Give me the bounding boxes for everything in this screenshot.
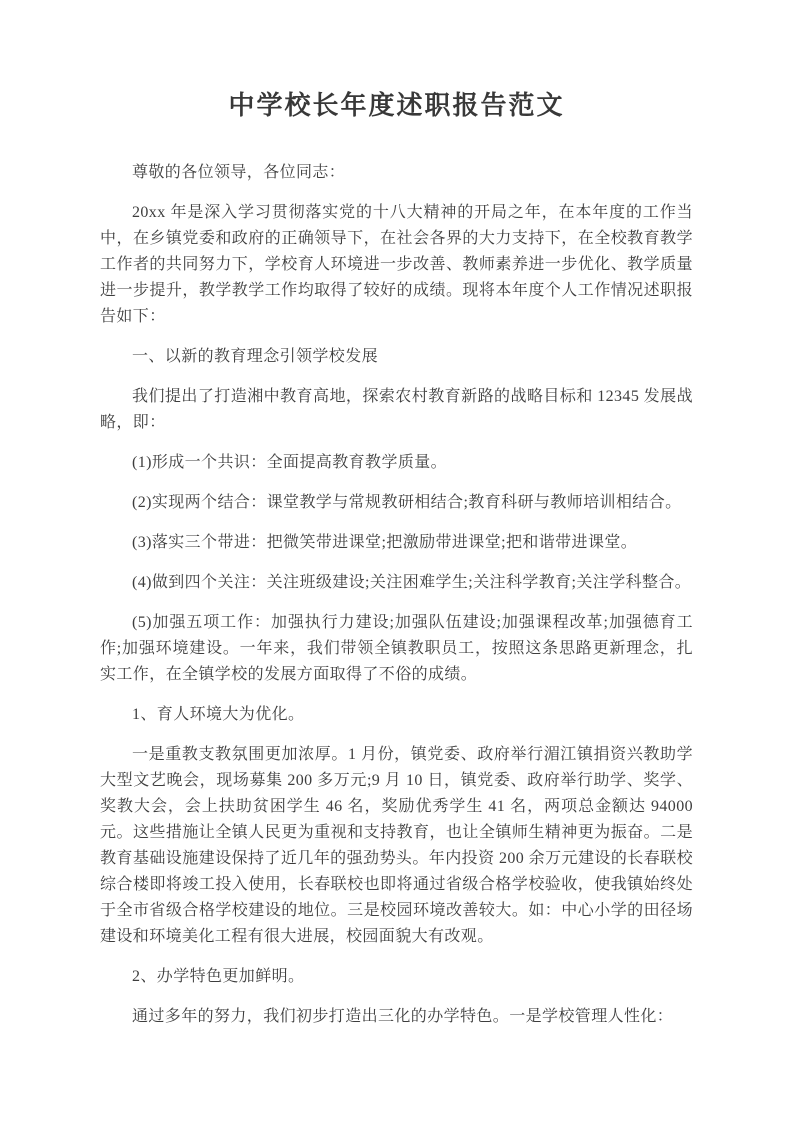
subpoint-2-detail-paragraph: 通过多年的努力，我们初步打造出三化的办学特色。一是学校管理人性化： bbox=[100, 1004, 693, 1030]
subpoint-1-heading: 1、育人环境大为优化。 bbox=[100, 702, 693, 728]
subpoint-2-heading: 2、办学特色更加鲜明。 bbox=[100, 964, 693, 990]
strategy-item-4: (4)做到四个关注：关注班级建设;关注困难学生;关注科学教育;关注学科整合。 bbox=[100, 570, 693, 596]
strategy-item-3: (3)落实三个带进：把微笑带进课堂;把激励带进课堂;把和谐带进课堂。 bbox=[100, 530, 693, 556]
salutation-paragraph: 尊敬的各位领导，各位同志： bbox=[100, 160, 693, 186]
document-body: 尊敬的各位领导，各位同志： 20xx 年是深入学习贯彻落实党的十八大精神的开局之… bbox=[100, 160, 693, 1030]
strategy-item-5: (5)加强五项工作：加强执行力建设;加强队伍建设;加强课程改革;加强德育工作;加… bbox=[100, 610, 693, 688]
strategy-item-1: (1)形成一个共识：全面提高教育教学质量。 bbox=[100, 450, 693, 476]
strategy-paragraph: 我们提出了打造湘中教育高地，探索农村教育新路的战略目标和 12345 发展战略，… bbox=[100, 384, 693, 436]
document-page: 中学校长年度述职报告范文 尊敬的各位领导，各位同志： 20xx 年是深入学习贯彻… bbox=[0, 0, 793, 1122]
intro-paragraph: 20xx 年是深入学习贯彻落实党的十八大精神的开局之年，在本年度的工作当中，在乡… bbox=[100, 200, 693, 330]
section-one-heading: 一、以新的教育理念引领学校发展 bbox=[100, 344, 693, 370]
strategy-item-2: (2)实现两个结合：课堂教学与常规教研相结合;教育科研与教师培训相结合。 bbox=[100, 490, 693, 516]
document-title: 中学校长年度述职报告范文 bbox=[100, 86, 693, 126]
subpoint-1-detail-paragraph: 一是重教支教氛围更加浓厚。1 月份，镇党委、政府举行湄江镇捐资兴教助学大型文艺晚… bbox=[100, 742, 693, 950]
